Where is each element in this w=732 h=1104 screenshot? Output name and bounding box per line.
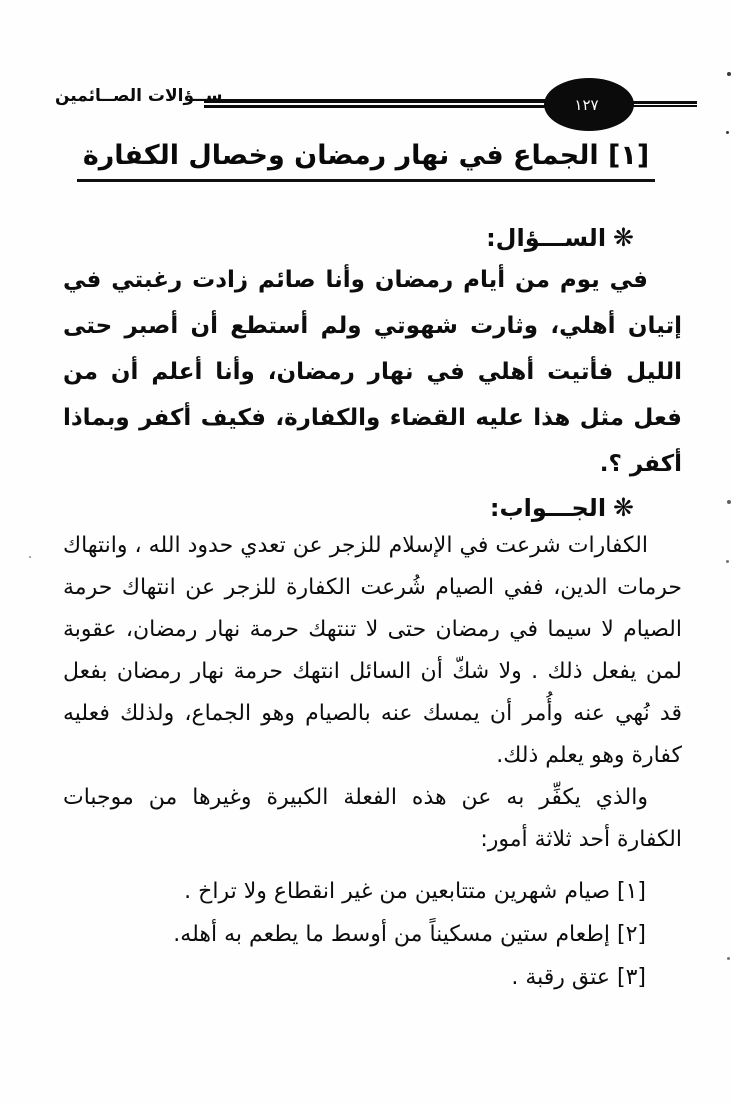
question-text: في يوم من أيام رمضان وأنا صائم زادت رغبت… [63, 257, 682, 487]
scan-artifact-dot [727, 500, 731, 504]
chapter-title-row: [١] الجماع في نهار رمضان وخصال الكفارة [0, 140, 732, 182]
expiation-options-list: [١] صيام شهرين متتابعين من غير انقطاع ول… [63, 870, 646, 999]
page-body: ❋ الســـؤال: في يوم من أيام رمضان وأنا ص… [63, 224, 682, 999]
header-rule [204, 99, 552, 108]
book-page: ســؤالات الصــائمين ١٢٧ [١] الجماع في نه… [0, 0, 732, 1104]
rosette-ornament-icon: ❋ [613, 225, 634, 250]
chapter-title: [١] الجماع في نهار رمضان وخصال الكفارة [77, 140, 655, 182]
page-number: ١٢٧ [574, 96, 603, 114]
scan-artifact-dot [29, 556, 31, 558]
scan-artifact-dot [727, 72, 731, 76]
answer-paragraph-2: والذي يكفِّر به عن هذه الفعلة الكبيرة وغ… [63, 777, 682, 861]
scan-artifact-dot [726, 560, 729, 563]
scan-artifact-dot [726, 131, 729, 134]
page-header: ســؤالات الصــائمين ١٢٧ [0, 0, 732, 138]
page-number-badge: ١٢٧ [544, 78, 634, 131]
answer-heading: الجـــواب: [490, 494, 606, 522]
book-title: ســؤالات الصــائمين [55, 86, 222, 106]
answer-heading-row: ❋ الجـــواب: [63, 494, 634, 522]
answer-paragraph-1: الكفارات شرعت في الإسلام للزجر عن تعدي ح… [63, 525, 682, 777]
scan-artifact-dot [727, 957, 730, 960]
question-heading: الســـؤال: [486, 224, 606, 252]
list-item: [١] صيام شهرين متتابعين من غير انقطاع ول… [63, 870, 646, 913]
header-rule-right [632, 101, 697, 107]
rosette-ornament-icon: ❋ [613, 495, 634, 520]
list-item: [٣] عتق رقبة . [63, 956, 646, 999]
question-heading-row: ❋ الســـؤال: [63, 224, 634, 252]
list-item: [٢] إطعام ستين مسكيناً من أوسط ما يطعم ب… [63, 913, 646, 956]
